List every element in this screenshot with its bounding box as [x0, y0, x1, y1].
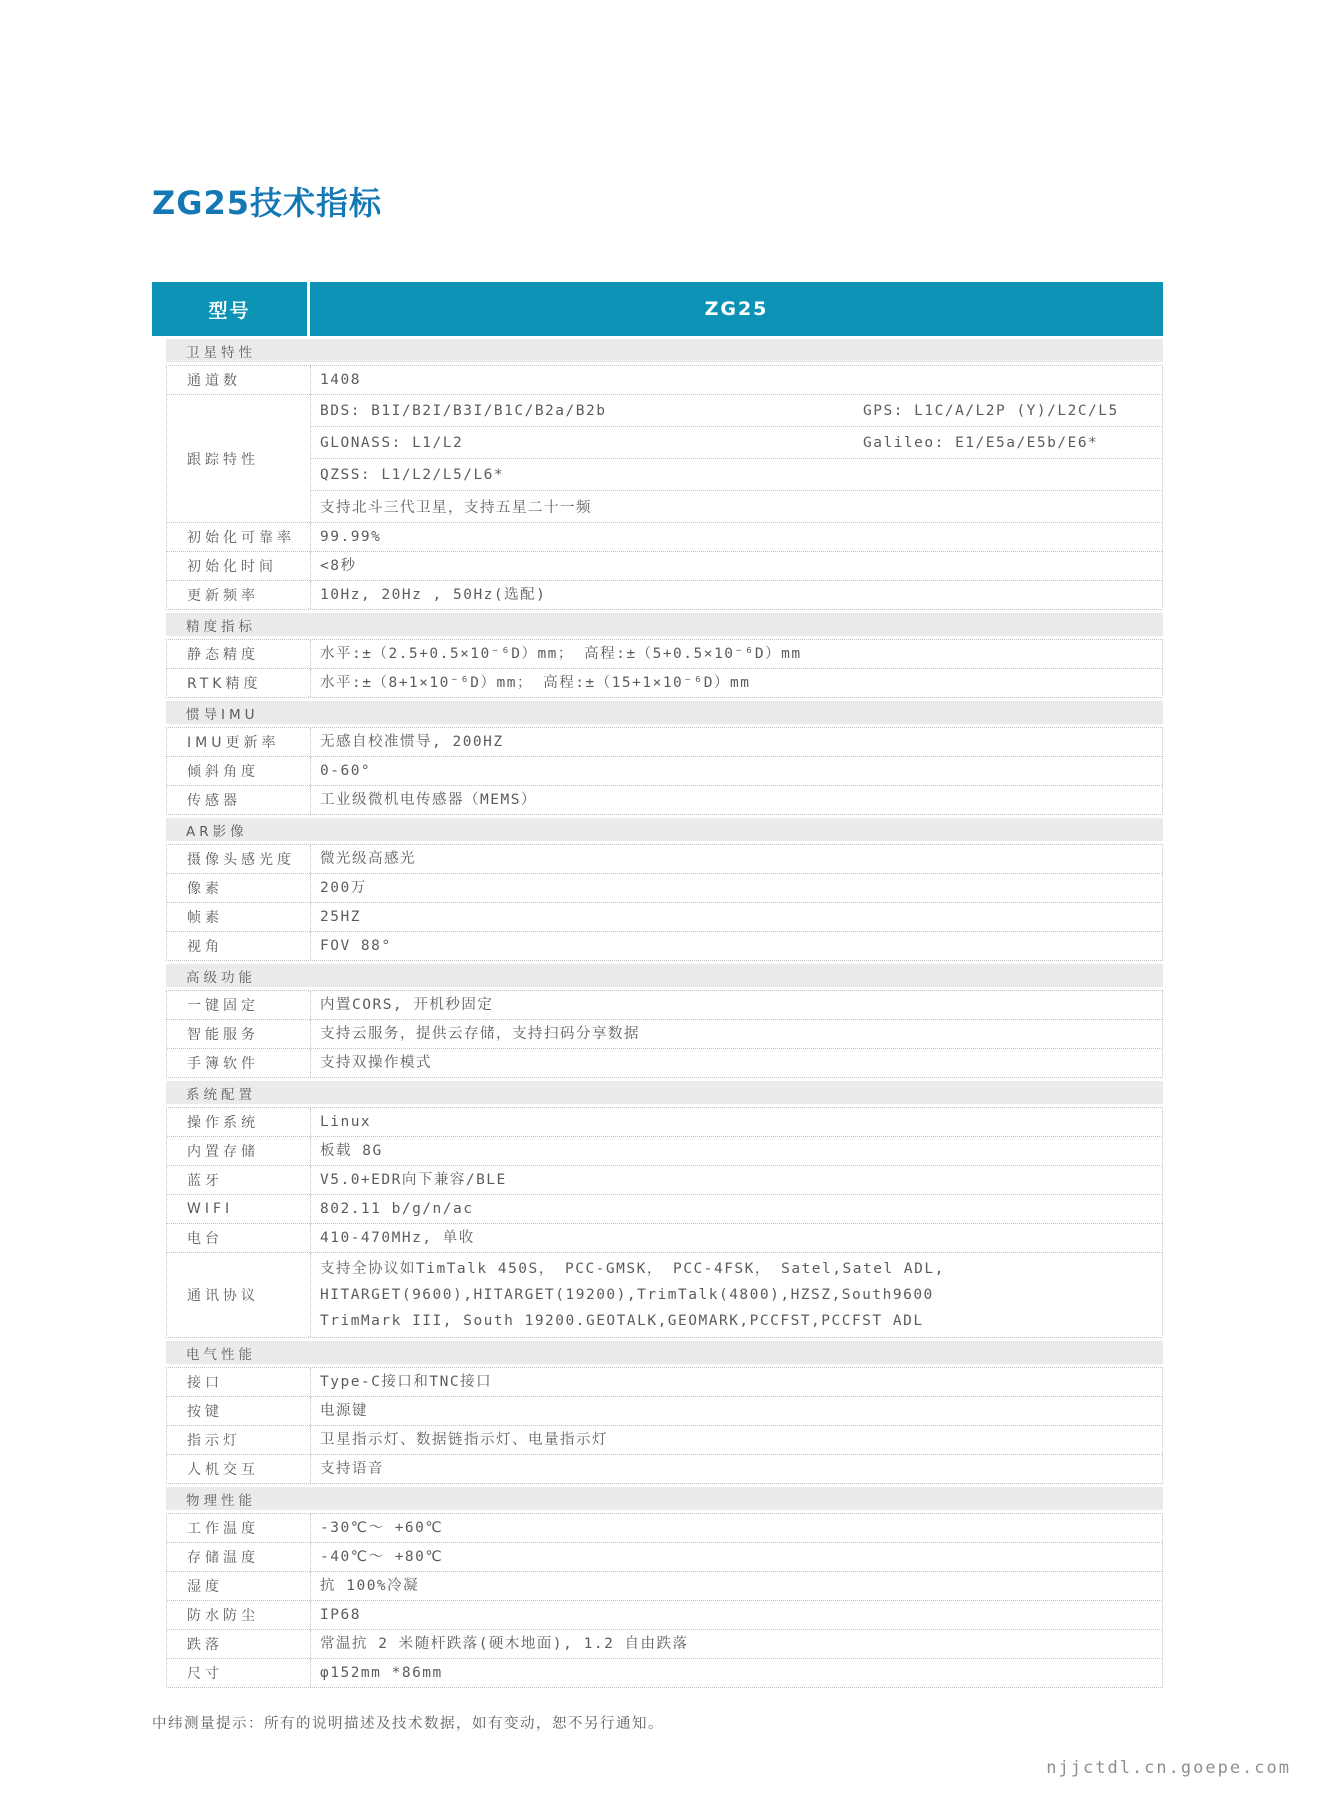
section-title: 精度指标	[166, 615, 256, 635]
spec-row: 内置存储板载 8G	[167, 1136, 1162, 1165]
spec-value-subline: GLONASS: L1/L2Galileo: E1/E5a/E5b/E6*	[311, 426, 1162, 458]
spec-label-cell: 像素	[167, 874, 311, 902]
spec-row-group: 接口Type-C接口和TNC接口按键电源键指示灯卫星指示灯、数据链指示灯、电量指…	[166, 1367, 1163, 1484]
spec-row: 存储温度-40℃～ +80℃	[167, 1542, 1162, 1571]
spec-value-cell: 25HZ	[311, 903, 1162, 931]
spec-value-cell: V5.0+EDR向下兼容/BLE	[311, 1166, 1162, 1194]
spec-row: 接口Type-C接口和TNC接口	[167, 1368, 1162, 1396]
spec-row: 静态精度水平:±（2.5+0.5×10⁻⁶D）mm； 高程:±（5+0.5×10…	[167, 640, 1162, 668]
spec-row: 通道数1408	[167, 366, 1162, 394]
watermark: njjctdl.cn.goepe.com	[1046, 1758, 1291, 1778]
spec-row: 像素200万	[167, 873, 1162, 902]
spec-value-cell: 10Hz, 20Hz , 50Hz(选配)	[311, 581, 1162, 609]
table-header-value-cell: ZG25	[310, 282, 1163, 336]
spec-row-group: IMU更新率无感自校准惯导, 200HZ倾斜角度0-60°传感器工业级微机电传感…	[166, 727, 1163, 815]
spec-value-text: IP68	[311, 1602, 1162, 1629]
section-title: 卫星特性	[166, 341, 256, 361]
spec-label-cell: 倾斜角度	[167, 757, 311, 785]
spec-value-cell: 电源键	[311, 1397, 1162, 1425]
spec-label-cell: 通讯协议	[167, 1253, 311, 1337]
spec-value-cell: 抗 100%冷凝	[311, 1572, 1162, 1600]
spec-value-text: Type-C接口和TNC接口	[311, 1369, 1162, 1396]
spec-value-text: 99.99%	[311, 524, 1162, 551]
spec-value-text: 电源键	[311, 1398, 1162, 1425]
spec-value-cell: -40℃～ +80℃	[311, 1543, 1162, 1571]
section-header-row: 物理性能	[166, 1487, 1163, 1510]
section-header-row: 精度指标	[166, 613, 1163, 636]
spec-value-cell: 支持语音	[311, 1455, 1162, 1483]
spec-value-text: 802.11 b/g/n/ac	[311, 1196, 1162, 1223]
section-header-row: 惯导IMU	[166, 701, 1163, 724]
spec-value-cell: φ152mm *86mm	[311, 1659, 1162, 1687]
spec-row: 蓝牙V5.0+EDR向下兼容/BLE	[167, 1165, 1162, 1194]
section-title: 电气性能	[166, 1343, 256, 1363]
section-title: AR影像	[166, 820, 248, 840]
section-title: 系统配置	[166, 1083, 256, 1103]
spec-value-cell: 支持全协议如TimTalk 450S， PCC-GMSK， PCC-4FSK， …	[311, 1253, 1162, 1337]
section-header-row: AR影像	[166, 818, 1163, 841]
spec-label-cell: 人机交互	[167, 1455, 311, 1483]
spec-row-group: 操作系统Linux内置存储板载 8G蓝牙V5.0+EDR向下兼容/BLEWIFI…	[166, 1107, 1163, 1338]
table-header-row: 型号 ZG25	[152, 282, 1163, 336]
spec-label-cell: 按键	[167, 1397, 311, 1425]
spec-value-cell: 1408	[311, 366, 1162, 394]
spec-value-right: GPS: L1C/A/L2P (Y)/L2C/L5	[863, 395, 1119, 426]
spec-row: 初始化时间<8秒	[167, 551, 1162, 580]
spec-value-cell: Type-C接口和TNC接口	[311, 1368, 1162, 1396]
section-header-row: 电气性能	[166, 1341, 1163, 1364]
spec-row: 工作温度-30℃～ +60℃	[167, 1514, 1162, 1542]
spec-value-cell: 支持云服务，提供云存储，支持扫码分享数据	[311, 1020, 1162, 1048]
spec-value-text: 200万	[311, 875, 1162, 902]
spec-value-cell: 常温抗 2 米随杆跌落(硬木地面), 1.2 自由跌落	[311, 1630, 1162, 1658]
spec-label-cell: 湿度	[167, 1572, 311, 1600]
spec-label-cell: 电台	[167, 1224, 311, 1252]
spec-value-text: 支持双操作模式	[311, 1050, 1162, 1077]
spec-value-cell: IP68	[311, 1601, 1162, 1629]
table-header-model-value: ZG25	[705, 298, 769, 320]
spec-value-cell: 200万	[311, 874, 1162, 902]
spec-value-cell: 802.11 b/g/n/ac	[311, 1195, 1162, 1223]
spec-row: 视角FOV 88°	[167, 931, 1162, 960]
spec-label-cell: 静态精度	[167, 640, 311, 668]
spec-row: RTK精度水平:±（8+1×10⁻⁶D）mm； 高程:±（15+1×10⁻⁶D）…	[167, 668, 1162, 697]
spec-label-cell: 跌落	[167, 1630, 311, 1658]
spec-value-line: 支持全协议如TimTalk 450S， PCC-GMSK， PCC-4FSK， …	[311, 1256, 1162, 1282]
spec-value-text: 25HZ	[311, 904, 1162, 931]
spec-value-text: 水平:±（8+1×10⁻⁶D）mm； 高程:±（15+1×10⁻⁶D）mm	[311, 670, 1162, 697]
spec-table-body: 卫星特性通道数1408跟踪特性BDS: B1I/B2I/B3I/B1C/B2a/…	[152, 339, 1163, 1688]
spec-label-cell: 内置存储	[167, 1137, 311, 1165]
spec-value-cell: 支持双操作模式	[311, 1049, 1162, 1077]
spec-value-cell: 水平:±（8+1×10⁻⁶D）mm； 高程:±（15+1×10⁻⁶D）mm	[311, 669, 1162, 697]
spec-row: 智能服务支持云服务，提供云存储，支持扫码分享数据	[167, 1019, 1162, 1048]
spec-value-left: 支持北斗三代卫星，支持五星二十一频	[311, 496, 592, 517]
spec-row-group: 一键固定内置CORS, 开机秒固定智能服务支持云服务，提供云存储，支持扫码分享数…	[166, 990, 1163, 1078]
spec-value-cell: Linux	[311, 1108, 1162, 1136]
section-header-row: 系统配置	[166, 1081, 1163, 1104]
spec-value-text: 卫星指示灯、数据链指示灯、电量指示灯	[311, 1427, 1162, 1454]
spec-value-text: 水平:±（2.5+0.5×10⁻⁶D）mm； 高程:±（5+0.5×10⁻⁶D）…	[311, 641, 1162, 668]
spec-value-right: Galileo: E1/E5a/E5b/E6*	[863, 427, 1098, 458]
spec-value-text: -40℃～ +80℃	[311, 1544, 1162, 1571]
spec-label-cell: 尺寸	[167, 1659, 311, 1687]
spec-label-cell: 一键固定	[167, 991, 311, 1019]
spec-value-cell: 0-60°	[311, 757, 1162, 785]
spec-row: IMU更新率无感自校准惯导, 200HZ	[167, 728, 1162, 756]
spec-label-cell: 存储温度	[167, 1543, 311, 1571]
spec-label-cell: 传感器	[167, 786, 311, 814]
spec-value-cell: 水平:±（2.5+0.5×10⁻⁶D）mm； 高程:±（5+0.5×10⁻⁶D）…	[311, 640, 1162, 668]
spec-value-line: HITARGET(9600),HITARGET(19200),TrimTalk(…	[311, 1282, 1162, 1308]
spec-row: 通讯协议支持全协议如TimTalk 450S， PCC-GMSK， PCC-4F…	[167, 1252, 1162, 1337]
spec-value-text: 10Hz, 20Hz , 50Hz(选配)	[311, 582, 1162, 609]
spec-row-group: 静态精度水平:±（2.5+0.5×10⁻⁶D）mm； 高程:±（5+0.5×10…	[166, 639, 1163, 698]
spec-value-text: 微光级高感光	[311, 846, 1162, 873]
spec-row: 指示灯卫星指示灯、数据链指示灯、电量指示灯	[167, 1425, 1162, 1454]
spec-value-text: V5.0+EDR向下兼容/BLE	[311, 1167, 1162, 1194]
section-title: 高级功能	[166, 966, 256, 986]
spec-label-cell: 接口	[167, 1368, 311, 1396]
spec-value-text: <8秒	[311, 553, 1162, 580]
spec-value-text: 支持语音	[311, 1456, 1162, 1483]
section-title: 惯导IMU	[166, 703, 259, 723]
spec-row: 防水防尘IP68	[167, 1600, 1162, 1629]
spec-sheet-page: ZG25技术指标 型号 ZG25 卫星特性通道数1408跟踪特性BDS: B1I…	[152, 0, 1163, 1733]
spec-value-text: Linux	[311, 1109, 1162, 1136]
spec-value-cell: 无感自校准惯导, 200HZ	[311, 728, 1162, 756]
spec-row: 初始化可靠率99.99%	[167, 522, 1162, 551]
spec-row: 电台410-470MHz, 单收	[167, 1223, 1162, 1252]
spec-label-cell: WIFI	[167, 1195, 311, 1223]
footer-note: 中纬测量提示：所有的说明描述及技术数据，如有变动，恕不另行通知。	[152, 1712, 1163, 1733]
spec-label-cell: 手簿软件	[167, 1049, 311, 1077]
spec-value-cell: 410-470MHz, 单收	[311, 1224, 1162, 1252]
spec-row: 操作系统Linux	[167, 1108, 1162, 1136]
spec-value-cell: BDS: B1I/B2I/B3I/B1C/B2a/B2bGPS: L1C/A/L…	[311, 395, 1162, 522]
spec-value-text: 410-470MHz, 单收	[311, 1225, 1162, 1252]
spec-row: 倾斜角度0-60°	[167, 756, 1162, 785]
page-title: ZG25技术指标	[152, 178, 1163, 224]
spec-value-cell: 板载 8G	[311, 1137, 1162, 1165]
spec-row: 按键电源键	[167, 1396, 1162, 1425]
spec-value-text: 无感自校准惯导, 200HZ	[311, 729, 1162, 756]
spec-value-text: FOV 88°	[311, 933, 1162, 960]
spec-row: 一键固定内置CORS, 开机秒固定	[167, 991, 1162, 1019]
spec-value-text: 内置CORS, 开机秒固定	[311, 992, 1162, 1019]
spec-value-text: 常温抗 2 米随杆跌落(硬木地面), 1.2 自由跌落	[311, 1631, 1162, 1658]
spec-label-cell: 更新频率	[167, 581, 311, 609]
spec-value-text: φ152mm *86mm	[311, 1660, 1162, 1687]
spec-value-cell: 卫星指示灯、数据链指示灯、电量指示灯	[311, 1426, 1162, 1454]
spec-row-group: 通道数1408跟踪特性BDS: B1I/B2I/B3I/B1C/B2a/B2bG…	[166, 365, 1163, 610]
spec-row-group: 工作温度-30℃～ +60℃存储温度-40℃～ +80℃湿度抗 100%冷凝防水…	[166, 1513, 1163, 1688]
spec-label-cell: 跟踪特性	[167, 395, 311, 522]
spec-row: 跟踪特性BDS: B1I/B2I/B3I/B1C/B2a/B2bGPS: L1C…	[167, 394, 1162, 522]
spec-value-left: BDS: B1I/B2I/B3I/B1C/B2a/B2b	[311, 403, 606, 419]
table-header-model-label: 型号	[208, 296, 250, 323]
spec-row: 尺寸φ152mm *86mm	[167, 1658, 1162, 1687]
spec-value-subline: 支持北斗三代卫星，支持五星二十一频	[311, 490, 1162, 522]
spec-label-cell: 帧素	[167, 903, 311, 931]
spec-label-cell: 工作温度	[167, 1514, 311, 1542]
spec-row: 湿度抗 100%冷凝	[167, 1571, 1162, 1600]
spec-row-group: 摄像头感光度微光级高感光像素200万帧素25HZ视角FOV 88°	[166, 844, 1163, 961]
spec-value-text: -30℃～ +60℃	[311, 1515, 1162, 1542]
spec-row: 人机交互支持语音	[167, 1454, 1162, 1483]
spec-value-cell: 微光级高感光	[311, 845, 1162, 873]
table-header-model-cell: 型号	[152, 282, 310, 336]
spec-row: 传感器工业级微机电传感器（MEMS）	[167, 785, 1162, 814]
spec-label-cell: 摄像头感光度	[167, 845, 311, 873]
spec-label-cell: 视角	[167, 932, 311, 960]
spec-label-cell: 初始化时间	[167, 552, 311, 580]
section-header-row: 高级功能	[166, 964, 1163, 987]
spec-value-left: QZSS: L1/L2/L5/L6*	[311, 467, 504, 483]
spec-value-text: 工业级微机电传感器（MEMS）	[311, 787, 1162, 814]
spec-label-cell: RTK精度	[167, 669, 311, 697]
spec-value-subline: QZSS: L1/L2/L5/L6*	[311, 458, 1162, 490]
spec-label-cell: IMU更新率	[167, 728, 311, 756]
spec-label-cell: 防水防尘	[167, 1601, 311, 1629]
spec-label-cell: 智能服务	[167, 1020, 311, 1048]
spec-label-cell: 初始化可靠率	[167, 523, 311, 551]
spec-label-cell: 通道数	[167, 366, 311, 394]
spec-value-cell: 内置CORS, 开机秒固定	[311, 991, 1162, 1019]
spec-row: WIFI802.11 b/g/n/ac	[167, 1194, 1162, 1223]
spec-value-cell: -30℃～ +60℃	[311, 1514, 1162, 1542]
spec-value-text: 支持云服务，提供云存储，支持扫码分享数据	[311, 1021, 1162, 1048]
spec-value-cell: FOV 88°	[311, 932, 1162, 960]
spec-row: 跌落常温抗 2 米随杆跌落(硬木地面), 1.2 自由跌落	[167, 1629, 1162, 1658]
spec-label-cell: 蓝牙	[167, 1166, 311, 1194]
spec-row: 更新频率10Hz, 20Hz , 50Hz(选配)	[167, 580, 1162, 609]
spec-row: 帧素25HZ	[167, 902, 1162, 931]
spec-value-subline: BDS: B1I/B2I/B3I/B1C/B2a/B2bGPS: L1C/A/L…	[311, 395, 1162, 426]
section-title: 物理性能	[166, 1489, 256, 1509]
spec-value-line: TrimMark III, South 19200.GEOTALK,GEOMAR…	[311, 1308, 1162, 1334]
spec-value-text: 板载 8G	[311, 1138, 1162, 1165]
spec-value-text: 1408	[311, 367, 1162, 394]
spec-label-cell: 操作系统	[167, 1108, 311, 1136]
spec-value-cell: <8秒	[311, 552, 1162, 580]
spec-row: 手簿软件支持双操作模式	[167, 1048, 1162, 1077]
spec-label-cell: 指示灯	[167, 1426, 311, 1454]
spec-table: 型号 ZG25 卫星特性通道数1408跟踪特性BDS: B1I/B2I/B3I/…	[152, 282, 1163, 1688]
spec-value-cell: 99.99%	[311, 523, 1162, 551]
section-header-row: 卫星特性	[166, 339, 1163, 362]
spec-value-left: GLONASS: L1/L2	[311, 435, 463, 451]
spec-value-text: 抗 100%冷凝	[311, 1573, 1162, 1600]
spec-value-text: 0-60°	[311, 758, 1162, 785]
spec-value-cell: 工业级微机电传感器（MEMS）	[311, 786, 1162, 814]
spec-row: 摄像头感光度微光级高感光	[167, 845, 1162, 873]
